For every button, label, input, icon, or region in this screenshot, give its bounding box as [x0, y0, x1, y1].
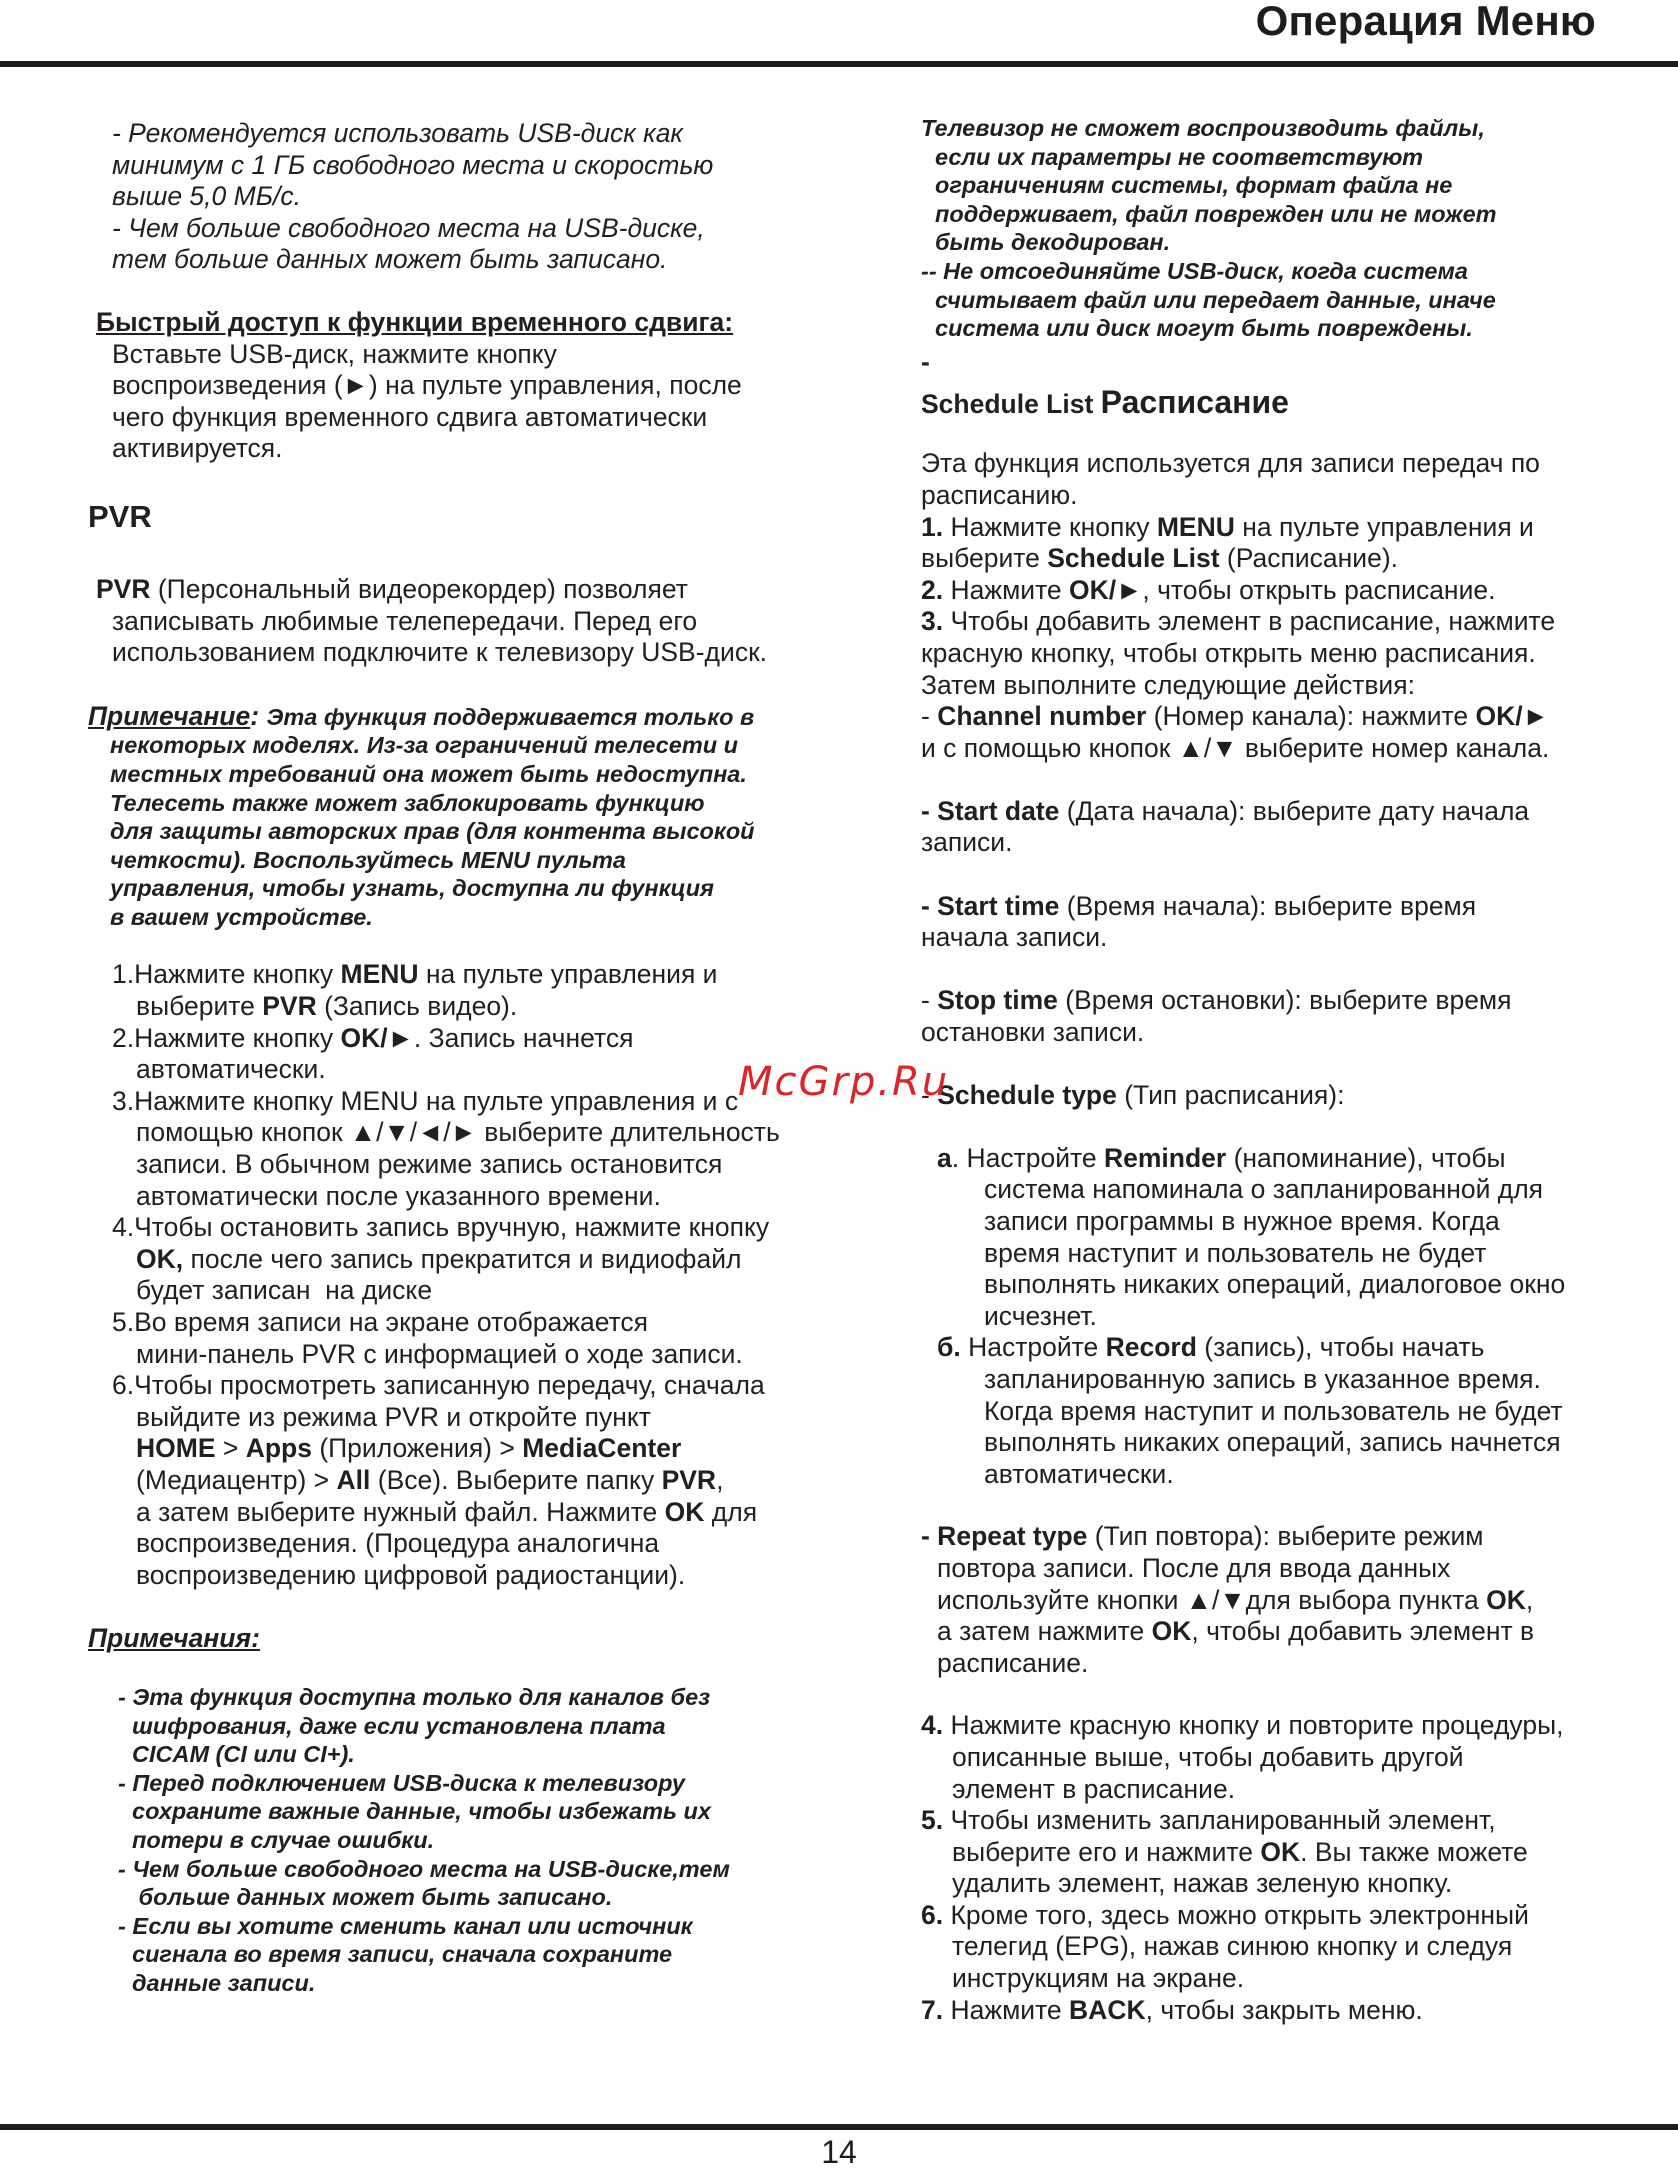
text-line: время наступит и пользователь не будет [937, 1238, 1641, 1270]
note-line: быть декодирован. [921, 228, 1641, 257]
text-line: удалить элемент, нажав зеленую кнопку. [921, 1868, 1641, 1900]
note-line: потери в случае ошибки. [118, 1826, 878, 1855]
text-line: 2.Нажмите кнопку OK/►. Запись начнется [112, 1023, 878, 1055]
text-line: записи программы в нужное время. Когда [937, 1206, 1641, 1238]
usb-note-line: выше 5,0 МБ/с. [112, 181, 878, 213]
text-line: исчезнет. [937, 1301, 1641, 1333]
pvr-note-line: управления, чтобы узнать, доступна ли фу… [110, 874, 878, 903]
schedule-heading: Schedule List Расписание [921, 384, 1641, 422]
schedule-field-item: - Start time (Время начала): выберите вр… [921, 891, 1641, 954]
list-item: 1. Нажмите кнопку MENU на пульте управле… [921, 512, 1641, 575]
timeshift-heading: Быстрый доступ к функции временного сдви… [88, 307, 878, 339]
schedule-intro-line: расписанию. [921, 480, 1641, 512]
note-line: сигнала во время записи, сначала сохрани… [118, 1940, 878, 1969]
note-line: - Чем больше свободного места на USB-дис… [118, 1855, 878, 1884]
note-line: считывает файл или передает данные, инач… [921, 286, 1641, 315]
note-line: - Если вы хотите сменить канал или источ… [118, 1912, 878, 1941]
text-line: записи. [921, 827, 1641, 859]
schedule-field-item: - Schedule type (Тип расписания): [921, 1080, 1641, 1112]
list-item: 4. Нажмите красную кнопку и повторите пр… [921, 1710, 1641, 1805]
text-line: инструкциям на экране. [921, 1963, 1641, 1995]
timeshift-line: Вставьте USB-диск, нажмите кнопку [112, 339, 878, 371]
text-line: система напоминала о запланированной для [937, 1174, 1641, 1206]
repeat-type: - Repeat type (Тип повтора): выберите ре… [921, 1521, 1641, 1679]
stray-dash: - [921, 347, 1641, 379]
text-line: (Медиацентр) > All (Все). Выберите папку… [112, 1465, 878, 1497]
text-line: выберите Schedule List (Расписание). [921, 543, 1641, 575]
text-line: выполнять никаких операций, диалоговое о… [937, 1269, 1641, 1301]
note-line: поддерживает, файл поврежден или не може… [921, 200, 1641, 229]
text-line: воспроизведению цифровой радиостанции). [112, 1560, 878, 1592]
text-line: - Repeat type (Тип повтора): выберите ре… [921, 1521, 1641, 1553]
text-line: - Channel number (Номер канала): нажмите… [921, 701, 1641, 733]
schedule-intro: Эта функция используется для записи пере… [921, 448, 1641, 511]
usb-note-line: - Чем больше свободного места на USB-дис… [112, 213, 878, 245]
pvr-notes-list: - Эта функция доступна только для канало… [88, 1683, 878, 1998]
pvr-steps: 1.Нажмите кнопку MENU на пульте управлен… [88, 959, 878, 1591]
note-item: -- Не отсоединяйте USB-диск, когда систе… [921, 257, 1641, 343]
pvr-note-line: Телесеть также может заблокировать функц… [110, 789, 878, 818]
note-line: сохраните важные данные, чтобы избежать … [118, 1797, 878, 1826]
note-line: шифрования, даже если установлена плата [118, 1712, 878, 1741]
pvr-heading: PVR [88, 499, 878, 535]
pvr-note-line: для защиты авторских прав (для контента … [110, 817, 878, 846]
schedule-fields: - Channel number (Номер канала): нажмите… [921, 701, 1641, 1112]
list-item: 6.Чтобы просмотреть записанную передачу,… [112, 1370, 878, 1591]
text-line: Когда время наступит и пользователь не б… [937, 1396, 1641, 1428]
text-line: 5. Чтобы изменить запланированный элемен… [921, 1805, 1641, 1837]
text-line: а. Настройте Reminder (напоминание), что… [937, 1143, 1641, 1175]
schedule-steps-bottom: 4. Нажмите красную кнопку и повторите пр… [921, 1710, 1641, 2026]
text-line: - Stop time (Время остановки): выберите … [921, 985, 1641, 1017]
note-line: - Перед подключением USB-диска к телевиз… [118, 1769, 878, 1798]
text-line: выполнять никаких операций, запись начне… [937, 1427, 1641, 1459]
text-line: используйте кнопки ▲/▼для выбора пункта … [937, 1585, 1641, 1617]
note-line: CICAM (CI или CI+). [118, 1740, 878, 1769]
text-line: записывать любимые телепередачи. Перед е… [112, 606, 878, 638]
text-line: Затем выполните следующие действия: [921, 670, 1641, 702]
list-item: 1.Нажмите кнопку MENU на пульте управлен… [112, 959, 878, 1022]
note-line: -- Не отсоединяйте USB-диск, когда систе… [921, 257, 1641, 286]
text-line: 4.Чтобы остановить запись вручную, нажми… [112, 1212, 878, 1244]
text-line: элемент в расписание. [921, 1774, 1641, 1806]
list-item: а. Настройте Reminder (напоминание), что… [937, 1143, 1641, 1333]
text-line: 7. Нажмите BACK, чтобы закрыть меню. [921, 1995, 1641, 2027]
text-line: HOME > Apps (Приложения) > MediaCenter [112, 1433, 878, 1465]
note-line: система или диск могут быть повреждены. [921, 314, 1641, 343]
text-line: использованием подключите к телевизору U… [112, 637, 878, 669]
text-line: - Start time (Время начала): выберите вр… [921, 891, 1641, 923]
note-item: - Если вы хотите сменить канал или источ… [118, 1912, 878, 1998]
text-line: воспроизведения. (Процедура аналогична [112, 1528, 878, 1560]
page-section-title: Операция Меню [1256, 0, 1596, 42]
note-item: - Эта функция доступна только для канало… [118, 1683, 878, 1769]
page-number: 14 [0, 2136, 1678, 2168]
schedule-field-item: - Stop time (Время остановки): выберите … [921, 985, 1641, 1048]
schedule-field-item: - Start date (Дата начала): выберите дат… [921, 796, 1641, 859]
text-line: будет записан на диске [112, 1275, 878, 1307]
text-line: 3. Чтобы добавить элемент в расписание, … [921, 606, 1641, 638]
pvr-section: PVR PVR (Персональный видеорекордер) поз… [88, 499, 878, 1998]
usb-note-line: тем больше данных может быть записано. [112, 244, 878, 276]
note-line: если их параметры не соответствуют [921, 143, 1641, 172]
text-line: 1.Нажмите кнопку MENU на пульте управлен… [112, 959, 878, 991]
text-line: записи. В обычном режиме запись останови… [112, 1149, 878, 1181]
pvr-note-line: четкости). Воспользуйтесь MENU пульта [110, 846, 878, 875]
pvr-note-line: в вашем устройстве. [110, 903, 878, 932]
timeshift-line: воспроизведения (►) на пульте управления… [112, 370, 878, 402]
right-column: Телевизор не сможет воспроизводить файлы… [921, 118, 1641, 2026]
schedule-types: а. Настройте Reminder (напоминание), что… [921, 1143, 1641, 1491]
text-line: 5.Во время записи на экране отображается [112, 1307, 878, 1339]
text-line: - Schedule type (Тип расписания): [921, 1080, 1641, 1112]
pvr-note-line: некоторых моделях. Из-за ограничений тел… [110, 731, 878, 760]
text-line: а затем нажмите OK, чтобы добавить элеме… [937, 1616, 1641, 1648]
list-item: 7. Нажмите BACK, чтобы закрыть меню. [921, 1995, 1641, 2027]
pvr-note: Примечание: Эта функция поддерживается т… [88, 702, 878, 932]
usb-note-line: минимум с 1 ГБ свободного места и скорос… [112, 150, 878, 182]
usb-recommendation-notes: - Рекомендуется использовать USB-диск ка… [88, 118, 878, 276]
text-line: мини-панель PVR с информацией о ходе зап… [112, 1339, 878, 1371]
pvr-note-line: Примечание: Эта функция поддерживается т… [88, 702, 878, 732]
left-column: - Рекомендуется использовать USB-диск ка… [88, 118, 878, 1997]
text-line: описанные выше, чтобы добавить другой [921, 1742, 1641, 1774]
text-line: 4. Нажмите красную кнопку и повторите пр… [921, 1710, 1641, 1742]
list-item: 4.Чтобы остановить запись вручную, нажми… [112, 1212, 878, 1307]
text-line: - Start date (Дата начала): выберите дат… [921, 796, 1641, 828]
text-line: б. Настройте Record (запись), чтобы нача… [937, 1332, 1641, 1364]
text-line: запланированную запись в указанное время… [937, 1364, 1641, 1396]
pvr-note-line: местных требований она может быть недост… [110, 760, 878, 789]
list-item: 5. Чтобы изменить запланированный элемен… [921, 1805, 1641, 1900]
header-rule [0, 61, 1678, 67]
text-line: 2. Нажмите OK/►, чтобы открыть расписани… [921, 575, 1641, 607]
text-line: повтора записи. После для ввода данных [937, 1553, 1641, 1585]
pvr-notes-heading: Примечания: [88, 1623, 878, 1655]
timeshift-line: активируется. [112, 433, 878, 465]
footer-rule [0, 2124, 1678, 2130]
note-item: Телевизор не сможет воспроизводить файлы… [921, 114, 1641, 257]
text-line: 1. Нажмите кнопку MENU на пульте управле… [921, 512, 1641, 544]
list-item: 3. Чтобы добавить элемент в расписание, … [921, 606, 1641, 701]
note-line: Телевизор не сможет воспроизводить файлы… [921, 114, 1641, 143]
text-line: OK, после чего запись прекратится и види… [112, 1244, 878, 1276]
usb-note-line: - Рекомендуется использовать USB-диск ка… [112, 118, 878, 150]
text-line: автоматически. [937, 1459, 1641, 1491]
text-line: и с помощью кнопок ▲/▼ выберите номер ка… [921, 733, 1641, 765]
schedule-steps-top: 1. Нажмите кнопку MENU на пульте управле… [921, 512, 1641, 702]
text-line: выберите PVR (Запись видео). [112, 991, 878, 1023]
schedule-intro-line: Эта функция используется для записи пере… [921, 448, 1641, 480]
playback-warnings: Телевизор не сможет воспроизводить файлы… [921, 114, 1641, 343]
text-line: выберите его и нажмите OK. Вы также може… [921, 1837, 1641, 1869]
list-item: 2. Нажмите OK/►, чтобы открыть расписани… [921, 575, 1641, 607]
note-line: ограничениям системы, формат файла не [921, 171, 1641, 200]
schedule-field-item: - Channel number (Номер канала): нажмите… [921, 701, 1641, 764]
note-line: больше данных может быть записано. [118, 1883, 878, 1912]
text-line: остановки записи. [921, 1017, 1641, 1049]
text-line: помощью кнопок ▲/▼/◄/► выберите длительн… [112, 1117, 878, 1149]
note-item: - Перед подключением USB-диска к телевиз… [118, 1769, 878, 1855]
note-line: - Эта функция доступна только для канало… [118, 1683, 878, 1712]
note-item: - Чем больше свободного места на USB-дис… [118, 1855, 878, 1912]
list-item: 5.Во время записи на экране отображается… [112, 1307, 878, 1370]
text-line: 6.Чтобы просмотреть записанную передачу,… [112, 1370, 878, 1402]
pvr-note-label: Примечание [88, 701, 250, 731]
text-line: 6. Кроме того, здесь можно открыть элект… [921, 1900, 1641, 1932]
text-line: выйдите из режима PVR и откройте пункт [112, 1402, 878, 1434]
timeshift-line: чего функция временного сдвига автоматич… [112, 402, 878, 434]
watermark: McGrp.Ru [738, 1062, 949, 1102]
text-line: расписание. [937, 1648, 1641, 1680]
note-line: данные записи. [118, 1969, 878, 1998]
list-item: 6. Кроме того, здесь можно открыть элект… [921, 1900, 1641, 1995]
schedule-heading-ru: Расписание [1101, 384, 1289, 420]
schedule-heading-en: Schedule List [921, 389, 1093, 419]
timeshift-heading-text: Быстрый доступ к функции временного сдви… [96, 307, 733, 337]
text-line: PVR (Персональный видеорекордер) позволя… [96, 574, 878, 606]
pvr-intro: PVR (Персональный видеорекордер) позволя… [88, 574, 878, 669]
text-line: автоматически после указанного времени. [112, 1181, 878, 1213]
text-line: начала записи. [921, 922, 1641, 954]
text-line: телегид (EPG), нажав синюю кнопку и след… [921, 1931, 1641, 1963]
timeshift-section: Быстрый доступ к функции временного сдви… [88, 307, 878, 465]
list-item: б. Настройте Record (запись), чтобы нача… [937, 1332, 1641, 1490]
text-line: а затем выберите нужный файл. Нажмите OK… [112, 1497, 878, 1529]
text-line: красную кнопку, чтобы открыть меню распи… [921, 638, 1641, 670]
